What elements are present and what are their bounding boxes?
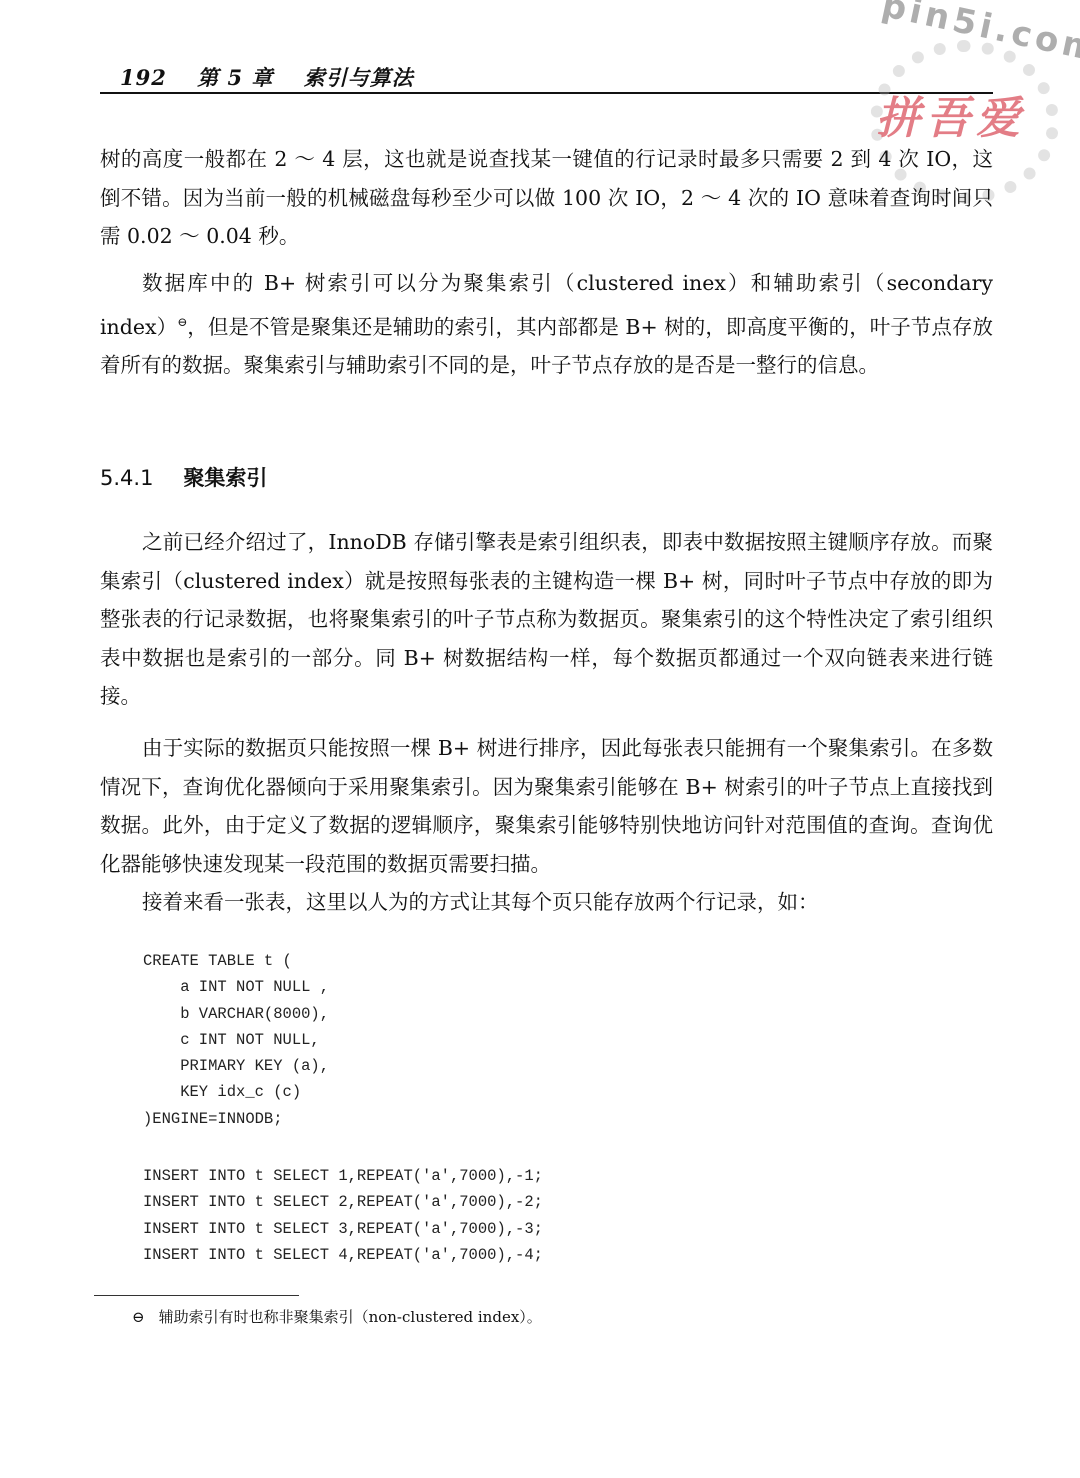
section-number: 5.4.1 bbox=[100, 466, 153, 490]
header-rule bbox=[100, 92, 993, 94]
section-heading: 5.4.1聚集索引 bbox=[100, 462, 267, 492]
paragraph-example-intro: 接着来看一张表，这里以人为的方式让其每个页只能存放两个行记录，如： bbox=[100, 883, 993, 922]
code-inserts: INSERT INTO t SELECT 1,REPEAT('a',7000),… bbox=[143, 1163, 543, 1268]
chapter-title: 索引与算法 bbox=[304, 65, 414, 90]
paragraph-index-types: 数据库中的 B+ 树索引可以分为聚集索引（clustered inex）和辅助索… bbox=[100, 264, 993, 384]
paragraph-text: ，但是不管是聚集还是辅助的索引，其内部都是 B+ 树的，即高度平衡的，叶子节点存… bbox=[100, 314, 993, 377]
paragraph-clustered-intro: 之前已经介绍过了，InnoDB 存储引擎表是索引组织表，即表中数据按照主键顺序存… bbox=[100, 523, 993, 716]
footnote-text: 辅助索引有时也称非聚集索引（non-clustered index）。 bbox=[159, 1308, 542, 1326]
chapter-label: 第 5 章 bbox=[197, 65, 273, 90]
footnote-rule bbox=[94, 1295, 299, 1296]
footnote-mark-icon: ⊖ bbox=[132, 1308, 145, 1326]
paragraph-clustered-single: 由于实际的数据页只能按照一棵 B+ 树进行排序，因此每张表只能拥有一个聚集索引。… bbox=[100, 729, 993, 883]
paragraph-tree-height: 树的高度一般都在 2 ～ 4 层，这也就是说查找某一键值的行记录时最多只需要 2… bbox=[100, 140, 993, 256]
running-head: 192 第 5 章 索引与算法 bbox=[120, 62, 436, 92]
section-title: 聚集索引 bbox=[183, 466, 267, 490]
code-create-table: CREATE TABLE t ( a INT NOT NULL , b VARC… bbox=[143, 948, 329, 1132]
footnote-ref-icon[interactable]: ⊖ bbox=[177, 315, 187, 329]
footnote: ⊖辅助索引有时也称非聚集索引（non-clustered index）。 bbox=[132, 1306, 542, 1327]
page-header: 192 第 5 章 索引与算法 bbox=[100, 60, 993, 90]
page-number: 192 bbox=[120, 65, 167, 90]
